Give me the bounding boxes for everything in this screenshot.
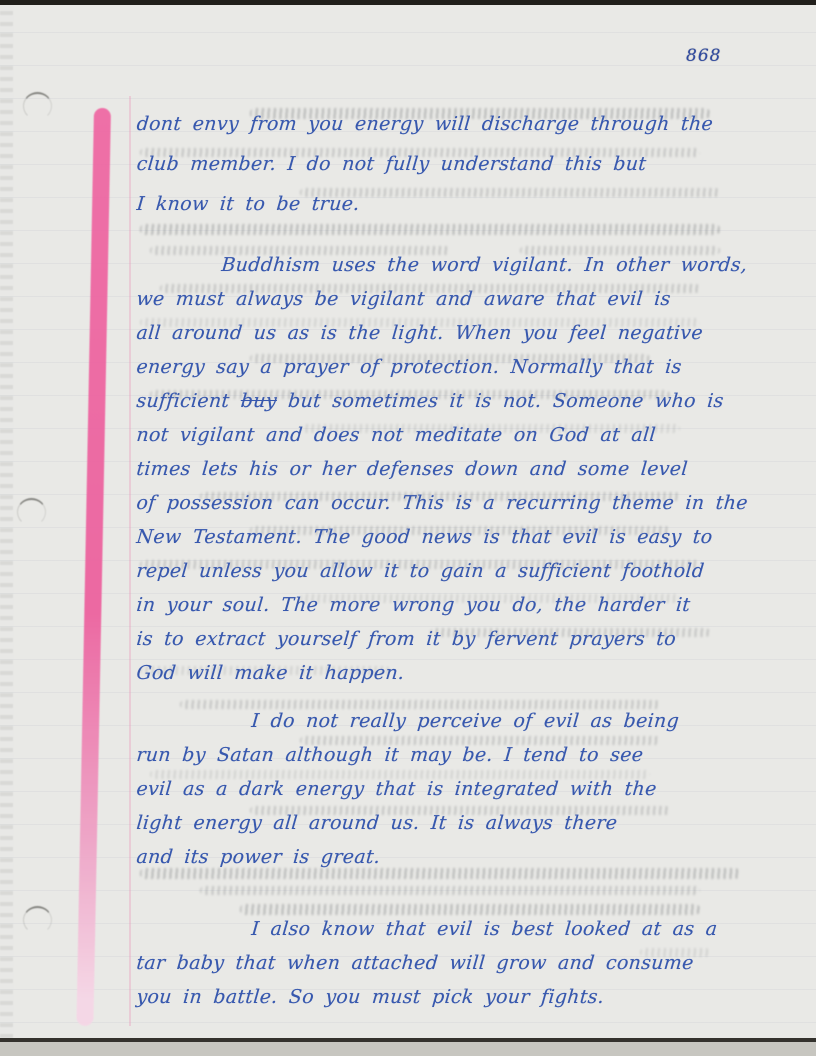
struck-word: buy bbox=[240, 390, 278, 412]
scanned-journal-page: { "page": { "number": "868", "paper_colo… bbox=[0, 0, 816, 1056]
punch-hole-bottom bbox=[23, 906, 52, 934]
handwritten-line: energy say a prayer of protection. Norma… bbox=[135, 350, 770, 384]
handwritten-line: and its power is great. bbox=[135, 840, 770, 874]
scan-top-edge bbox=[0, 0, 816, 5]
handwritten-line: Buddhism uses the word vigilant. In othe… bbox=[135, 248, 770, 282]
paragraph-3: I do not really perceive of evil as bein… bbox=[135, 704, 767, 874]
handwritten-line: times lets his or her defenses down and … bbox=[135, 452, 770, 486]
punch-hole-middle bbox=[17, 498, 46, 526]
handwritten-line: I do not really perceive of evil as bein… bbox=[135, 704, 770, 738]
handwritten-line: God will make it happen. bbox=[135, 656, 770, 690]
ink-bleedthrough-smudge bbox=[140, 224, 720, 235]
handwritten-line: we must always be vigilant and aware tha… bbox=[135, 282, 770, 316]
handwritten-line: all around us as is the light. When you … bbox=[135, 316, 770, 350]
handwritten-line: not vigilant and does not meditate on Go… bbox=[135, 418, 770, 452]
handwritten-line: repel unless you allow it to gain a suff… bbox=[135, 554, 770, 588]
punch-hole-top bbox=[23, 92, 52, 120]
handwritten-line: in your soul. The more wrong you do, the… bbox=[135, 588, 770, 622]
paragraph-1: dont envy from you energy will discharge… bbox=[135, 104, 767, 224]
handwritten-line: dont envy from you energy will discharge… bbox=[135, 104, 770, 144]
handwritten-line: I also know that evil is best looked at … bbox=[135, 912, 770, 946]
page-number: 868 bbox=[686, 46, 721, 66]
handwritten-line: you in battle. So you must pick your fig… bbox=[135, 980, 770, 1014]
handwritten-line: I know it to be true. bbox=[135, 184, 770, 224]
handwritten-line: club member. I do not fully understand t… bbox=[135, 144, 770, 184]
handwritten-line: New Testament. The good news is that evi… bbox=[135, 520, 770, 554]
handwritten-line: of possession can occur. This is a recur… bbox=[135, 486, 770, 520]
handwritten-line: tar baby that when attached will grow an… bbox=[135, 946, 770, 980]
handwritten-line-with-strikethrough: sufficient buy but sometimes it is not. … bbox=[135, 384, 770, 418]
handwritten-line: light energy all around us. It is always… bbox=[135, 806, 770, 840]
paragraph-4: I also know that evil is best looked at … bbox=[135, 912, 767, 1014]
handwritten-line: is to extract yourself from it by ferven… bbox=[135, 622, 770, 656]
margin-rule-line bbox=[129, 96, 131, 1026]
scanner-edge-streaks bbox=[0, 0, 13, 1056]
handwritten-line: evil as a dark energy that is integrated… bbox=[135, 772, 770, 806]
ink-bleedthrough-smudge bbox=[200, 886, 700, 895]
line-text: but sometimes it is not. Someone who is bbox=[276, 390, 725, 412]
handwritten-line: run by Satan although it may be. I tend … bbox=[135, 738, 770, 772]
scanner-background bbox=[0, 1042, 816, 1056]
line-text: sufficient bbox=[136, 390, 242, 412]
paragraph-2: Buddhism uses the word vigilant. In othe… bbox=[135, 248, 767, 690]
